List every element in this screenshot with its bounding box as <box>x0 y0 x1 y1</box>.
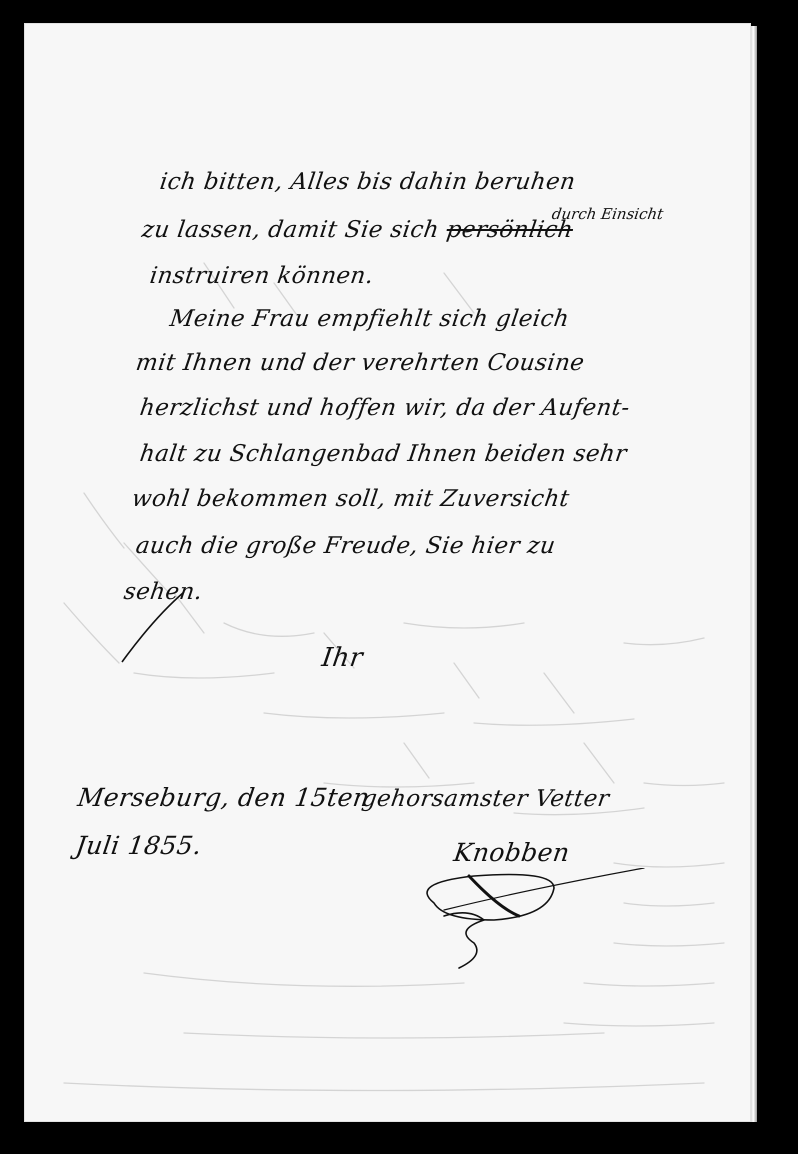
dateline-date: Juli 1855. <box>74 831 204 860</box>
dateline-place: Merseburg, den 15ten <box>76 783 372 812</box>
signature-flourish <box>414 868 674 978</box>
body-line-2-text: zu lassen, damit Sie sich <box>140 217 441 243</box>
body-line-8: wohl bekommen soll, mit Zuversicht <box>130 486 571 512</box>
body-line-7: halt zu Schlangenbad Ihnen beiden sehr <box>138 441 628 467</box>
body-line-5: mit Ihnen und der verehrten Cousine <box>134 350 586 376</box>
signature-name: Knobben <box>452 838 572 867</box>
body-line-9: auch die große Freude, Sie hier zu <box>134 533 557 559</box>
closing-phrase: gehorsamster Vetter <box>360 786 611 812</box>
struck-word: persönlich <box>445 217 575 243</box>
body-line-3: instruiren können. <box>148 263 375 289</box>
page-edge <box>751 26 757 1122</box>
closing-salutation: Ihr <box>320 643 365 673</box>
body-line-2: zu lassen, damit Sie sich persönlich <box>140 217 575 243</box>
letter-page: ich bitten, Alles bis dahin beruhen durc… <box>24 23 751 1122</box>
body-line-6: herzlichst und hoffen wir, da der Aufent… <box>138 395 631 421</box>
descender-stroke <box>114 588 194 668</box>
body-line-4: Meine Frau empfiehlt sich gleich <box>168 306 571 332</box>
body-line-1: ich bitten, Alles bis dahin beruhen <box>158 169 577 195</box>
